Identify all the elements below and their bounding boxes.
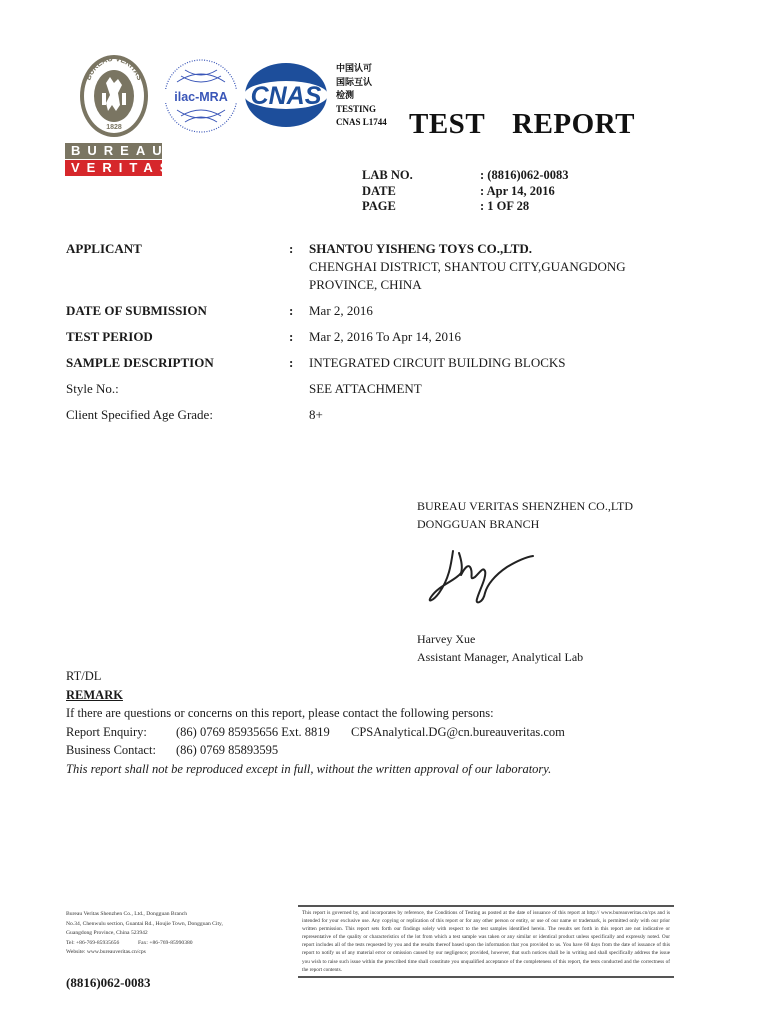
wordmark-line-veritas: VERITAS <box>65 160 162 176</box>
wordmark-line-bureau: BUREAU <box>65 143 162 159</box>
address-line: No.34, Chenwulu section, Guantai Rd., Ho… <box>66 920 223 930</box>
company-name: BUREAU VERITAS SHENZHEN CO.,LTD <box>417 497 633 515</box>
applicant-address-line1: CHENGHAI DISTRICT, SHANTOU CITY,GUANGDON… <box>309 258 686 276</box>
cnas-text-line: 国际互认 <box>336 76 387 90</box>
age-grade-value: 8+ <box>309 406 686 424</box>
footer-lab-number: (8816)062-0083 <box>66 975 151 991</box>
initials: RT/DL <box>66 667 686 686</box>
style-no-field: Style No.: SEE ATTACHMENT <box>66 380 686 398</box>
terms-and-conditions: This report is governed by, and incorpor… <box>298 905 674 978</box>
signature-image <box>425 545 540 607</box>
cnas-text-line: 检测 <box>336 89 387 103</box>
seal-year: 1828 <box>106 124 122 131</box>
cnas-text-line: TESTING <box>336 103 387 117</box>
applicant-label: APPLICANT <box>66 240 289 294</box>
tel: Tel: +86-769-85935656 <box>66 939 138 949</box>
tel-fax-row: Tel: +86-769-85935656 Fax: +86-769-85990… <box>66 939 223 949</box>
date-of-submission-value: Mar 2, 2016 <box>309 302 686 320</box>
signer-title: Assistant Manager, Analytical Lab <box>417 648 583 666</box>
test-period-value: Mar 2, 2016 To Apr 14, 2016 <box>309 328 686 346</box>
colon: : <box>289 354 309 372</box>
business-contact-row: Business Contact: (86) 0769 85893595 <box>66 741 686 760</box>
bureau-veritas-wordmark: BUREAU VERITAS <box>65 143 162 176</box>
reproduction-notice: This report shall not be reproduced exce… <box>66 760 686 779</box>
applicant-field: APPLICANT : SHANTOU YISHENG TOYS CO.,LTD… <box>66 240 686 294</box>
address-line: Guangdong Province, China 523942 <box>66 929 223 939</box>
sample-description-value: INTEGRATED CIRCUIT BUILDING BLOCKS <box>309 354 686 372</box>
cnas-text-line: 中国认可 <box>336 62 387 76</box>
cnas-text-line: CNAS L1744 <box>336 116 387 130</box>
report-enquiry-email[interactable]: CPSAnalytical.DG@cn.bureauveritas.com <box>351 723 565 742</box>
date-of-submission-field: DATE OF SUBMISSION : Mar 2, 2016 <box>66 302 686 320</box>
sample-description-label: SAMPLE DESCRIPTION <box>66 354 289 372</box>
bureau-veritas-seal-logo: BUREAU VERITAS 1828 <box>78 53 150 139</box>
date-row: DATE : Apr 14, 2016 <box>362 184 569 200</box>
lab-no-value: : (8816)062-0083 <box>480 168 569 184</box>
sample-description-field: SAMPLE DESCRIPTION : INTEGRATED CIRCUIT … <box>66 354 686 372</box>
lab-info: LAB NO. : (8816)062-0083 DATE : Apr 14, … <box>362 168 569 215</box>
colon: : <box>289 240 309 294</box>
colon: : <box>289 302 309 320</box>
date-value: : Apr 14, 2016 <box>480 184 555 200</box>
page-value: : 1 OF 28 <box>480 199 529 215</box>
date-label: DATE <box>362 184 480 200</box>
style-no-value: SEE ATTACHMENT <box>309 380 686 398</box>
report-enquiry-phone: (86) 0769 85935656 Ext. 8819 <box>176 723 351 742</box>
remark-intro: If there are questions or concerns on th… <box>66 704 686 723</box>
applicant-value: SHANTOU YISHENG TOYS CO.,LTD. CHENGHAI D… <box>309 240 686 294</box>
age-grade-field: Client Specified Age Grade: 8+ <box>66 406 686 424</box>
page-title: TEST REPORT <box>409 108 635 141</box>
footer-address: Bureau Veritas Shenzhen Co., Ltd., Dongg… <box>66 910 223 958</box>
report-enquiry-label: Report Enquiry: <box>66 723 176 742</box>
test-period-field: TEST PERIOD : Mar 2, 2016 To Apr 14, 201… <box>66 328 686 346</box>
cnas-accreditation-text: 中国认可 国际互认 检测 TESTING CNAS L1744 <box>336 62 387 130</box>
issuing-company: BUREAU VERITAS SHENZHEN CO.,LTD DONGGUAN… <box>417 497 633 533</box>
remark-section: RT/DL REMARK If there are questions or c… <box>66 667 686 778</box>
ilac-label: ilac-MRA <box>174 90 227 104</box>
website[interactable]: Website: www.bureauveritas.cn/cps <box>66 948 223 958</box>
page-label: PAGE <box>362 199 480 215</box>
lab-no-row: LAB NO. : (8816)062-0083 <box>362 168 569 184</box>
fax: Fax: +86-769-85990380 <box>138 939 193 949</box>
date-of-submission-label: DATE OF SUBMISSION <box>66 302 289 320</box>
colon: : <box>289 328 309 346</box>
cnas-logo: CNAS <box>244 62 328 128</box>
lab-no-label: LAB NO. <box>362 168 480 184</box>
signer: Harvey Xue Assistant Manager, Analytical… <box>417 630 583 666</box>
ilac-mra-logo: ilac-MRA <box>163 58 239 134</box>
age-grade-label: Client Specified Age Grade: <box>66 406 289 424</box>
report-fields: APPLICANT : SHANTOU YISHENG TOYS CO.,LTD… <box>66 240 686 432</box>
test-period-label: TEST PERIOD <box>66 328 289 346</box>
remark-heading: REMARK <box>66 686 686 705</box>
cnas-label: CNAS <box>251 82 322 110</box>
applicant-name: SHANTOU YISHENG TOYS CO.,LTD. <box>309 240 686 258</box>
address-line: Bureau Veritas Shenzhen Co., Ltd., Dongg… <box>66 910 223 920</box>
business-contact-label: Business Contact: <box>66 741 176 760</box>
report-enquiry-row: Report Enquiry: (86) 0769 85935656 Ext. … <box>66 723 686 742</box>
page-row: PAGE : 1 OF 28 <box>362 199 569 215</box>
company-branch: DONGGUAN BRANCH <box>417 515 633 533</box>
style-no-label: Style No.: <box>66 380 289 398</box>
applicant-address-line2: PROVINCE, CHINA <box>309 276 686 294</box>
business-contact-phone: (86) 0769 85893595 <box>176 741 351 760</box>
signer-name: Harvey Xue <box>417 630 583 648</box>
